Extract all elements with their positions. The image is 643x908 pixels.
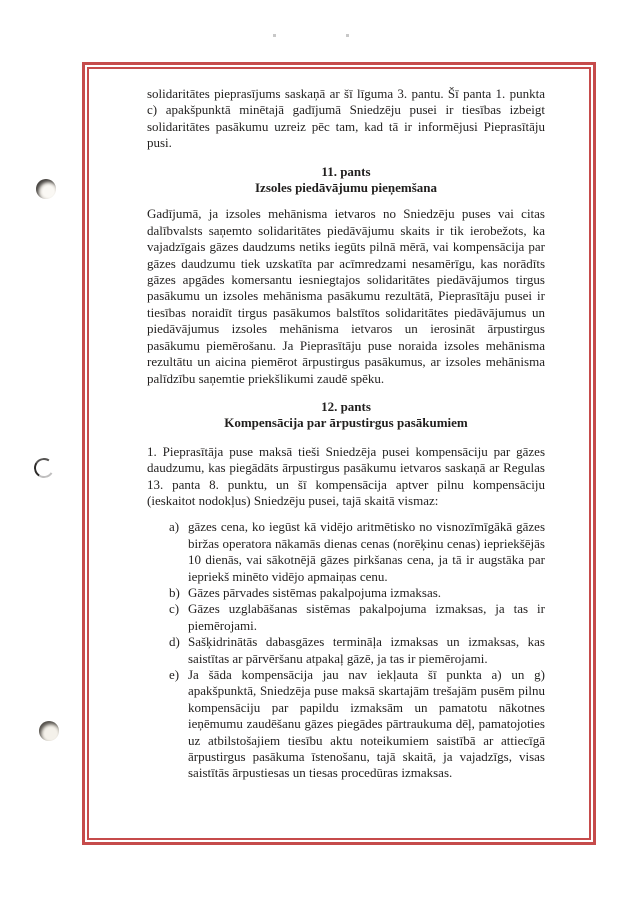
section-11-number: 11. pants: [147, 164, 545, 180]
section-12-intro: 1. Pieprasītāja puse maksā tieši Sniedzē…: [147, 444, 545, 510]
list-item-marker: a): [169, 519, 188, 585]
section-11-body: Gadījumā, ja izsoles mehānisma ietvaros …: [147, 206, 545, 386]
list-item-marker: b): [169, 585, 188, 601]
red-inner-border: solidaritātes pieprasījums saskaņā ar šī…: [87, 67, 591, 840]
compensation-items-list: a) gāzes cena, ko iegūst kā vidējo aritm…: [169, 519, 545, 782]
list-item-text: Ja šāda kompensācija jau nav iekļauta šī…: [188, 667, 545, 782]
section-12-number: 12. pants: [147, 399, 545, 415]
red-double-border-frame: solidaritātes pieprasījums saskaņā ar šī…: [82, 62, 596, 845]
list-item: a) gāzes cena, ko iegūst kā vidējo aritm…: [169, 519, 545, 585]
list-item-text: Sašķidrinātās dabasgāzes termināļa izmak…: [188, 634, 545, 667]
scanned-document-page: solidaritātes pieprasījums saskaņā ar šī…: [0, 0, 643, 908]
list-item-marker: c): [169, 601, 188, 634]
scan-dust-speck: [273, 34, 276, 37]
list-item: e) Ja šāda kompensācija jau nav iekļauta…: [169, 667, 545, 782]
list-item-text: Gāzes pārvades sistēmas pakalpojuma izma…: [188, 585, 545, 601]
list-item: b) Gāzes pārvades sistēmas pakalpojuma i…: [169, 585, 545, 601]
scan-dust-speck: [346, 34, 349, 37]
punch-hole-middle: [32, 456, 56, 480]
continuation-paragraph: solidaritātes pieprasījums saskaņā ar šī…: [147, 86, 545, 152]
section-12-title: Kompensācija par ārpustirgus pasākumiem: [147, 415, 545, 431]
list-item-text: Gāzes uzglabāšanas sistēmas pakalpojuma …: [188, 601, 545, 634]
list-item-text: gāzes cena, ko iegūst kā vidējo aritmēti…: [188, 519, 545, 585]
list-item: d) Sašķidrinātās dabasgāzes termināļa iz…: [169, 634, 545, 667]
list-item-marker: d): [169, 634, 188, 667]
list-item-marker: e): [169, 667, 188, 782]
punch-hole-top: [36, 179, 56, 199]
section-12-heading: 12. pants Kompensācija par ārpustirgus p…: [147, 399, 545, 432]
punch-hole-bottom: [39, 721, 59, 741]
list-item: c) Gāzes uzglabāšanas sistēmas pakalpoju…: [169, 601, 545, 634]
document-body: solidaritātes pieprasījums saskaņā ar šī…: [89, 69, 589, 838]
section-11-heading: 11. pants Izsoles piedāvājumu pieņemšana: [147, 164, 545, 197]
section-11-title: Izsoles piedāvājumu pieņemšana: [147, 180, 545, 196]
